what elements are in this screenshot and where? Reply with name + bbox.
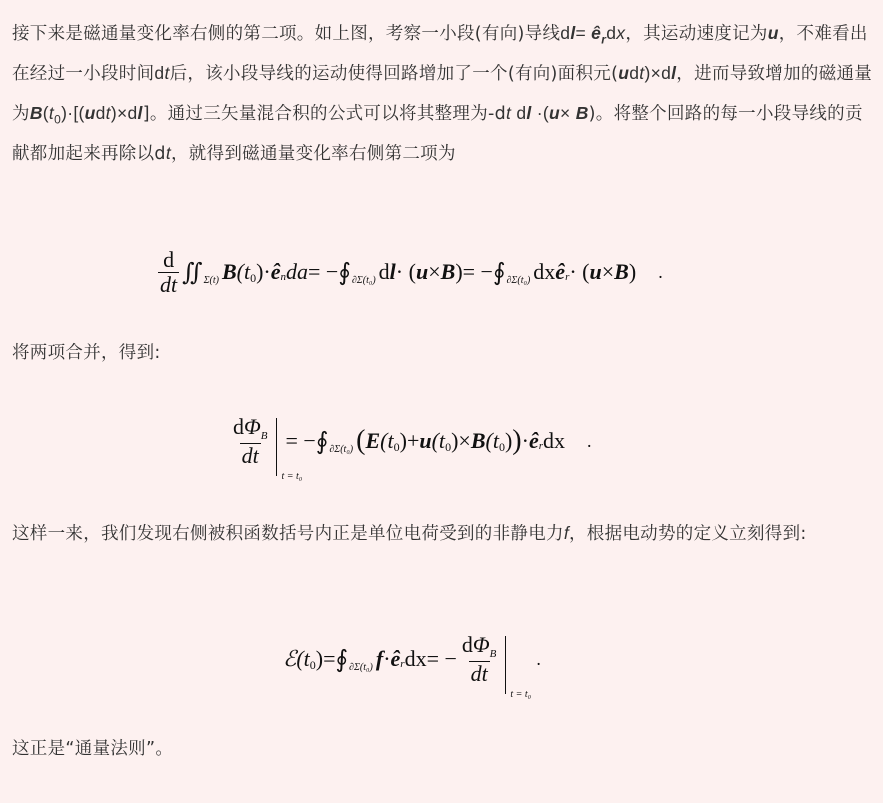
math-subscript: r [565, 271, 569, 283]
paragraph-flux-second-term: 接下来是磁通量变化率右侧的第二项。如上图，考察一小段(有向)导线dl= êrdx… [12, 14, 874, 174]
math-emf: ℰ [283, 646, 296, 672]
integral-domain: Σ(t) [204, 275, 219, 286]
fraction-numerator: dΦB [460, 633, 498, 661]
text: 这样一来，我们发现右侧被积函数括号内正是单位电荷受到的非静电力 [12, 524, 564, 544]
math-dot-paren: · ( [396, 259, 416, 285]
math-paren: ) [451, 428, 458, 454]
math-d: d [379, 259, 390, 285]
math-d: d [606, 23, 616, 43]
math-u-vector: u [85, 103, 96, 123]
math-cross-d: )×d [644, 63, 671, 83]
math-arg: (t [432, 428, 445, 454]
math-d: d [511, 103, 526, 123]
math-u-vector: u [549, 103, 560, 123]
fraction-d-dt: d dt [158, 248, 179, 297]
math-paren: ) [316, 646, 323, 672]
paragraph-conclusion: 这正是“通量法则”。 [12, 730, 874, 769]
formula-flux-rule: ℰ(t0) = ∮ ∂Σ(t₀) f · êr dx = − dΦB dt t … [283, 624, 541, 694]
paragraph-emf: 这样一来，我们发现右侧被积函数括号内正是单位电荷受到的非静电力f，根据电动势的定… [12, 514, 874, 554]
fraction-dphi-dt: dΦB dt [231, 415, 269, 468]
math-subscript: B [490, 648, 497, 660]
contour-integral-symbol: ∮ [493, 258, 506, 287]
text: 接下来是磁通量变化率右侧的第二项。如上图，考察一小段(有向)导线 [12, 24, 560, 44]
formula-flux-derivative: dΦB dt t = t₀ = − ∮ ∂Σ(t₀) ( E(t0) + u(t… [228, 406, 591, 476]
math-B-vector: B [471, 428, 486, 454]
math-paren: ) [400, 428, 407, 454]
math-cross: × [560, 103, 576, 123]
math-u-vector: u [416, 259, 428, 285]
math-dot: · [522, 428, 529, 454]
math-B-vector: B [614, 259, 629, 285]
math-arg: (t [486, 428, 499, 454]
math-d: d [560, 23, 570, 43]
math-u-vector: u [618, 63, 629, 83]
math-cross: × [428, 259, 440, 285]
formula-period: . [587, 431, 592, 452]
math-phi: Φ [244, 414, 261, 439]
fraction-denominator: dt [158, 272, 179, 297]
math-d: d [233, 414, 244, 439]
formula-period: . [658, 262, 663, 283]
integral-domain: ∂Σ(t₀) [506, 275, 530, 286]
fraction-denominator: dt [240, 443, 261, 468]
math-E-vector: E [365, 428, 380, 454]
fraction-numerator: dΦB [231, 415, 269, 443]
math-subscript-0: 0 [54, 113, 61, 127]
text: ，就得到磁通量变化率右侧第二项为 [171, 144, 456, 164]
math-subscript: r [539, 440, 543, 452]
math-subscript: 0 [250, 271, 256, 286]
math-dx: dx [405, 646, 427, 672]
math-dx: dx [533, 259, 555, 285]
evaluation-point: t = t₀ [510, 689, 531, 700]
math-f-vector: f [376, 646, 383, 672]
math-equals-minus: = − [427, 646, 457, 672]
math-arg: (t [296, 646, 309, 672]
math-paren: ) [505, 428, 512, 454]
fraction-dphi-dt: dΦB dt [460, 633, 498, 686]
math-equals-minus: = − [308, 259, 338, 285]
math-unit-vector-e: ê [591, 23, 601, 43]
text: 后，该小段导线的运动使得回路增加了一个(有向)面积元( [170, 64, 619, 84]
math-unit-vector-e: ê [555, 259, 565, 285]
math-big-paren: ) [512, 425, 521, 457]
integral-domain: ∂Σ(t₀) [352, 275, 376, 286]
math-B-vector: B [576, 103, 589, 123]
math-u-vector: u [590, 259, 602, 285]
math-plus: + [407, 428, 419, 454]
math-B-vector: B [30, 103, 43, 123]
formula-period: . [536, 649, 541, 670]
math-cross: × [602, 259, 614, 285]
paragraph-combine: 将两项合并，得到: [12, 334, 874, 373]
math-cross-d: )×d [111, 103, 138, 123]
article-page: 接下来是磁通量变化率右侧的第二项。如上图，考察一小段(有向)导线dl= êrdx… [0, 0, 883, 803]
math-arg: (t [380, 428, 393, 454]
math-equals: = [323, 646, 335, 672]
math-arg: (t [237, 259, 250, 285]
contour-integral-symbol: ∮ [336, 645, 349, 674]
math-B-vector: B [222, 259, 237, 285]
math-d: d [462, 632, 473, 657]
math-B-vector: B [441, 259, 456, 285]
math-dot: · [263, 259, 270, 285]
math-subscript: n [281, 271, 287, 283]
contour-integral-symbol: ∮ [338, 258, 351, 287]
math-d: d [96, 103, 106, 123]
math-x: x [616, 23, 625, 43]
math-cross: × [458, 428, 470, 454]
math-paren: ) [455, 259, 462, 285]
math-subscript: 0 [499, 440, 505, 455]
integral-domain: ∂Σ(t₀) [349, 662, 373, 673]
double-integral-symbol: ∬ [182, 258, 202, 287]
math-phi: Φ [473, 632, 490, 657]
math-da: da [286, 259, 308, 285]
text: ，根据电动势的定义立刻得到: [569, 524, 807, 544]
math-equals-minus: = − [463, 259, 493, 285]
math-unit-vector-e: ê [391, 646, 401, 672]
math-dot: · [383, 646, 390, 672]
math-subscript: 0 [445, 440, 451, 455]
evaluation-point: t = t₀ [281, 471, 302, 482]
math-subscript: B [261, 430, 268, 442]
math-unit-vector-e: ê [271, 259, 281, 285]
math-u-vector: u [768, 23, 779, 43]
evaluation-bar: t = t₀ [276, 418, 279, 476]
math-subscript: r [400, 658, 404, 670]
contour-integral-symbol: ∮ [316, 427, 329, 456]
integral-domain: ∂Σ(t₀) [329, 444, 353, 455]
text: ]。通过三矢量混合积的公式可以将其整理为-d [143, 104, 506, 124]
evaluation-bar: t = t₀ [505, 636, 508, 694]
math-paren: ) [256, 259, 263, 285]
math-subscript: 0 [310, 658, 316, 673]
math-equals-minus: = − [285, 428, 315, 454]
math-dot-paren: · ( [569, 259, 589, 285]
formula-flux-second-term: d dt ∬ Σ(t) B (t0) · ên da = − ∮ ∂Σ(t₀) … [155, 246, 663, 298]
math-u-vector: u [419, 428, 431, 454]
math-dot-paren: ·( [532, 103, 549, 123]
math-paren: ) [629, 259, 636, 285]
math-subscript: 0 [394, 440, 400, 455]
fraction-denominator: dt [469, 661, 490, 686]
math-d: d [154, 63, 164, 83]
text: ，其运动速度记为 [625, 24, 767, 44]
math-d: d [629, 63, 639, 83]
math-unit-vector-e: ê [529, 428, 539, 454]
fraction-numerator: d [161, 248, 176, 272]
math-equals: = [575, 23, 591, 43]
math-dx: dx [543, 428, 565, 454]
math-dot-bracket: )·[( [61, 103, 85, 123]
